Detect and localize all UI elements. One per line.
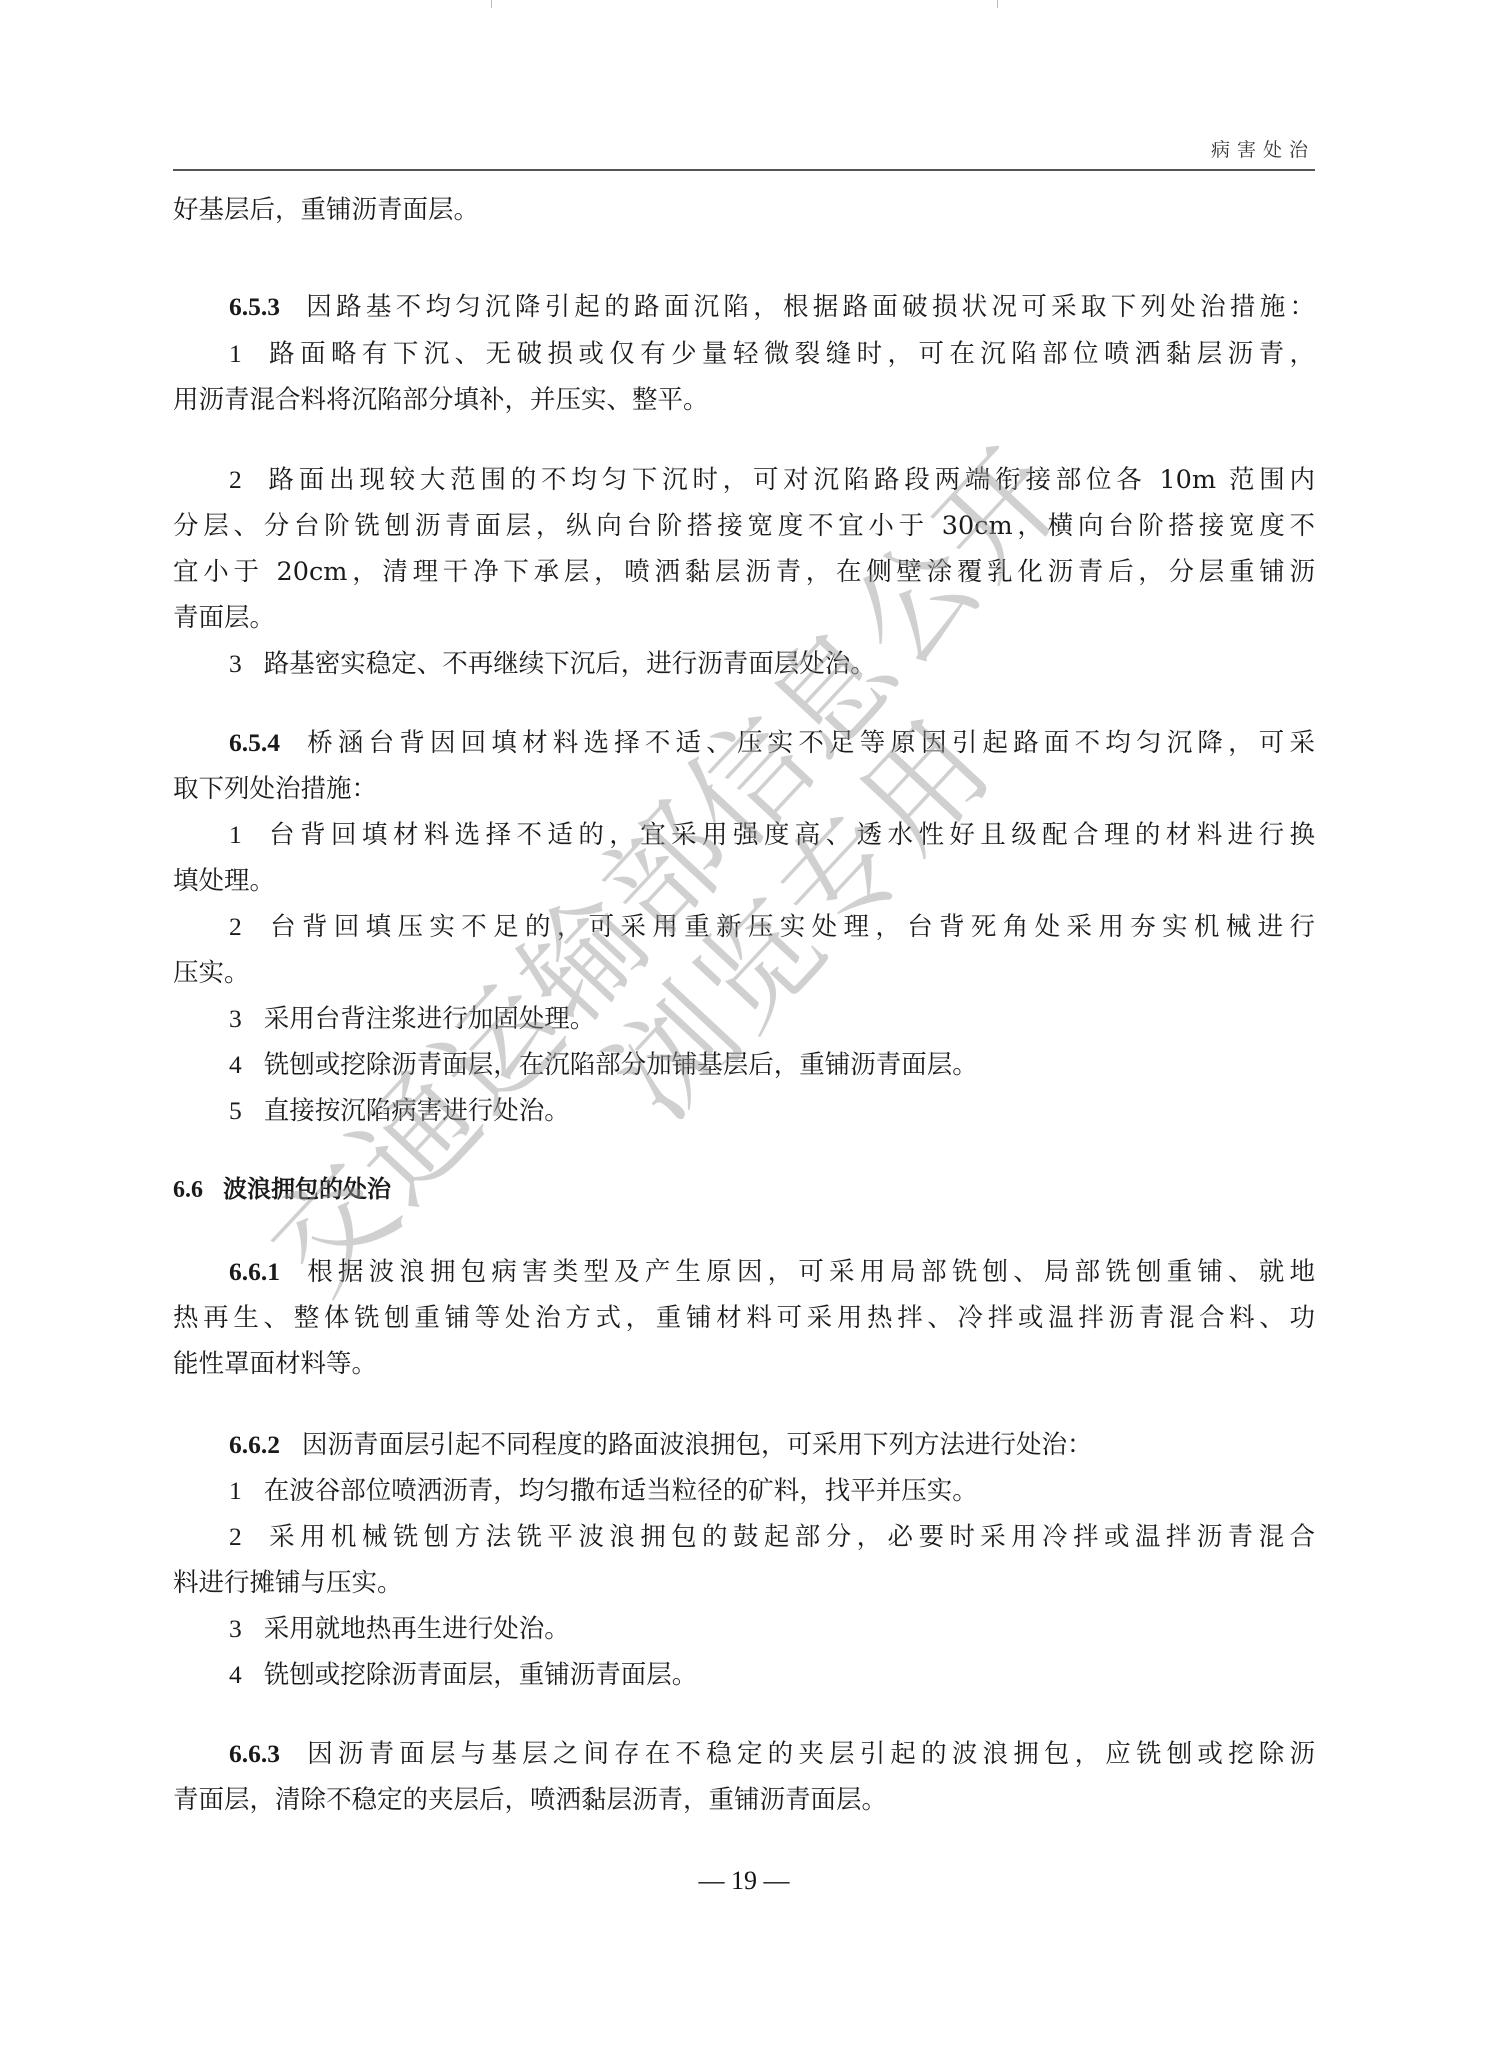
continuation-line: 料进行摊铺与压实。 bbox=[173, 1566, 1315, 1600]
item-number: 1 bbox=[229, 820, 242, 849]
line-text: 取下列处治措施： bbox=[173, 774, 377, 804]
list-item-line: 1路面略有下沉、无破损或仅有少量轻微裂缝时，可在沉陷部位喷洒黏层沥青， bbox=[173, 337, 1315, 371]
clause-number: 6.6.2 bbox=[229, 1430, 280, 1459]
page-number: — 19 — bbox=[0, 1866, 1488, 1896]
continuation-line: 好基层后，重铺沥青面层。 bbox=[173, 193, 1315, 227]
list-item-line: 2采用机械铣刨方法铣平波浪拥包的鼓起部分，必要时采用冷拌或温拌沥青混合 bbox=[173, 1520, 1315, 1554]
item-number: 2 bbox=[229, 912, 242, 941]
clause-paragraph-line: 6.5.4桥涵台背因回填材料选择不适、压实不足等原因引起路面不均匀沉降，可采 bbox=[173, 726, 1315, 760]
continuation-line: 青面层。 bbox=[173, 601, 1315, 635]
item-number: 2 bbox=[229, 1522, 242, 1551]
line-text: 填处理。 bbox=[173, 866, 275, 896]
line-text: 能性罩面材料等。 bbox=[173, 1349, 377, 1379]
line-text: 因沥青面层与基层之间存在不稳定的夹层引起的波浪拥包，应铣刨或挖除沥 bbox=[302, 1739, 1315, 1769]
list-item-line: 1台背回填材料选择不适的，宜采用强度高、透水性好且级配合理的材料进行换 bbox=[173, 818, 1315, 852]
line-text: 桥涵台背因回填材料选择不适、压实不足等原因引起路面不均匀沉降，可采 bbox=[302, 728, 1315, 758]
line-text: 用沥青混合料将沉陷部分填补，并压实、整平。 bbox=[173, 385, 709, 415]
section-heading: 6.6波浪拥包的处治 bbox=[173, 1172, 1315, 1207]
crop-mark-right bbox=[997, 0, 998, 8]
line-text: 铣刨或挖除沥青面层，重铺沥青面层。 bbox=[264, 1660, 698, 1690]
item-number: 3 bbox=[229, 1004, 242, 1033]
clause-paragraph-line: 6.6.3因沥青面层与基层之间存在不稳定的夹层引起的波浪拥包，应铣刨或挖除沥 bbox=[173, 1737, 1315, 1771]
section-number: 6.6 bbox=[173, 1177, 203, 1203]
item-number: 3 bbox=[229, 1614, 242, 1643]
continuation-line: 用沥青混合料将沉陷部分填补，并压实、整平。 bbox=[173, 383, 1315, 417]
clause-paragraph-line: 6.6.1根据波浪拥包病害类型及产生原因，可采用局部铣刨、局部铣刨重铺、就地 bbox=[173, 1255, 1315, 1289]
continuation-line: 宜小于 20cm，清理干净下承层，喷洒黏层沥青，在侧壁涂覆乳化沥青后，分层重铺沥 bbox=[173, 555, 1315, 589]
line-text: 采用就地热再生进行处治。 bbox=[264, 1614, 570, 1644]
line-text: 采用机械铣刨方法铣平波浪拥包的鼓起部分，必要时采用冷拌或温拌沥青混合 bbox=[264, 1522, 1315, 1552]
continuation-line: 压实。 bbox=[173, 956, 1315, 990]
clause-paragraph-line: 6.5.3因路基不均匀沉降引起的路面沉陷，根据路面破损状况可采取下列处治措施： bbox=[173, 290, 1315, 324]
list-item-line: 4铣刨或挖除沥青面层，在沉陷部分加铺基层后，重铺沥青面层。 bbox=[173, 1048, 1315, 1082]
crop-mark-left bbox=[491, 0, 492, 8]
line-text: 热再生、整体铣刨重铺等处治方式，重铺材料可采用热拌、冷拌或温拌沥青混合料、功 bbox=[173, 1303, 1315, 1333]
line-text: 青面层。 bbox=[173, 603, 275, 633]
item-number: 5 bbox=[229, 1096, 242, 1125]
header-rule bbox=[173, 169, 1315, 171]
list-item-line: 5直接按沉陷病害进行处治。 bbox=[173, 1094, 1315, 1128]
line-text: 直接按沉陷病害进行处治。 bbox=[264, 1096, 570, 1126]
running-head: 病害处治 bbox=[1211, 135, 1315, 162]
line-text: 路面略有下沉、无破损或仅有少量轻微裂缝时，可在沉陷部位喷洒黏层沥青， bbox=[264, 339, 1315, 369]
list-item-line: 4铣刨或挖除沥青面层，重铺沥青面层。 bbox=[173, 1658, 1315, 1692]
line-text: 料进行摊铺与压实。 bbox=[173, 1568, 403, 1598]
list-item-line: 3采用台背注浆进行加固处理。 bbox=[173, 1002, 1315, 1036]
list-item-line: 1在波谷部位喷洒沥青，均匀撒布适当粒径的矿料，找平并压实。 bbox=[173, 1474, 1315, 1508]
line-text: 分层、分台阶铣刨沥青面层，纵向台阶搭接宽度不宜小于 30cm，横向台阶搭接宽度不 bbox=[173, 511, 1315, 541]
list-item-line: 2路面出现较大范围的不均匀下沉时，可对沉陷路段两端衔接部位各 10m 范围内 bbox=[173, 463, 1315, 497]
item-number: 4 bbox=[229, 1050, 242, 1079]
continuation-line: 填处理。 bbox=[173, 864, 1315, 898]
line-text: 宜小于 20cm，清理干净下承层，喷洒黏层沥青，在侧壁涂覆乳化沥青后，分层重铺沥 bbox=[173, 557, 1315, 587]
clause-number: 6.5.4 bbox=[229, 728, 280, 757]
line-text: 波浪拥包的处治 bbox=[223, 1175, 391, 1203]
item-number: 2 bbox=[229, 465, 242, 494]
clause-paragraph-line: 6.6.2因沥青面层引起不同程度的路面波浪拥包，可采用下列方法进行处治： bbox=[173, 1428, 1315, 1462]
item-number: 4 bbox=[229, 1660, 242, 1689]
line-text: 根据波浪拥包病害类型及产生原因，可采用局部铣刨、局部铣刨重铺、就地 bbox=[302, 1257, 1315, 1287]
line-text: 好基层后，重铺沥青面层。 bbox=[173, 195, 479, 225]
clause-number: 6.6.1 bbox=[229, 1257, 280, 1286]
line-text: 台背回填材料选择不适的，宜采用强度高、透水性好且级配合理的材料进行换 bbox=[264, 820, 1315, 850]
line-text: 路面出现较大范围的不均匀下沉时，可对沉陷路段两端衔接部位各 10m 范围内 bbox=[264, 465, 1315, 495]
line-text: 因沥青面层引起不同程度的路面波浪拥包，可采用下列方法进行处治： bbox=[302, 1430, 1093, 1460]
list-item-line: 3路基密实稳定、不再继续下沉后，进行沥青面层处治。 bbox=[173, 647, 1315, 681]
continuation-line: 分层、分台阶铣刨沥青面层，纵向台阶搭接宽度不宜小于 30cm，横向台阶搭接宽度不 bbox=[173, 509, 1315, 543]
list-item-line: 2台背回填压实不足的，可采用重新压实处理，台背死角处采用夯实机械进行 bbox=[173, 910, 1315, 944]
line-text: 因路基不均匀沉降引起的路面沉陷，根据路面破损状况可采取下列处治措施： bbox=[302, 292, 1315, 322]
line-text: 青面层，清除不稳定的夹层后，喷洒黏层沥青，重铺沥青面层。 bbox=[173, 1785, 887, 1815]
line-text: 台背回填压实不足的，可采用重新压实处理，台背死角处采用夯实机械进行 bbox=[264, 912, 1315, 942]
continuation-line: 热再生、整体铣刨重铺等处治方式，重铺材料可采用热拌、冷拌或温拌沥青混合料、功 bbox=[173, 1301, 1315, 1335]
line-text: 采用台背注浆进行加固处理。 bbox=[264, 1004, 596, 1034]
continuation-line: 青面层，清除不稳定的夹层后，喷洒黏层沥青，重铺沥青面层。 bbox=[173, 1783, 1315, 1817]
line-text: 铣刨或挖除沥青面层，在沉陷部分加铺基层后，重铺沥青面层。 bbox=[264, 1050, 978, 1080]
item-number: 1 bbox=[229, 339, 242, 368]
clause-number: 6.6.3 bbox=[229, 1739, 280, 1768]
clause-number: 6.5.3 bbox=[229, 292, 280, 321]
list-item-line: 3采用就地热再生进行处治。 bbox=[173, 1612, 1315, 1646]
line-text: 在波谷部位喷洒沥青，均匀撒布适当粒径的矿料，找平并压实。 bbox=[264, 1476, 978, 1506]
item-number: 3 bbox=[229, 649, 242, 678]
item-number: 1 bbox=[229, 1476, 242, 1505]
line-text: 压实。 bbox=[173, 958, 250, 988]
continuation-line: 取下列处治措施： bbox=[173, 772, 1315, 806]
line-text: 路基密实稳定、不再继续下沉后，进行沥青面层处治。 bbox=[264, 649, 876, 679]
continuation-line: 能性罩面材料等。 bbox=[173, 1347, 1315, 1381]
